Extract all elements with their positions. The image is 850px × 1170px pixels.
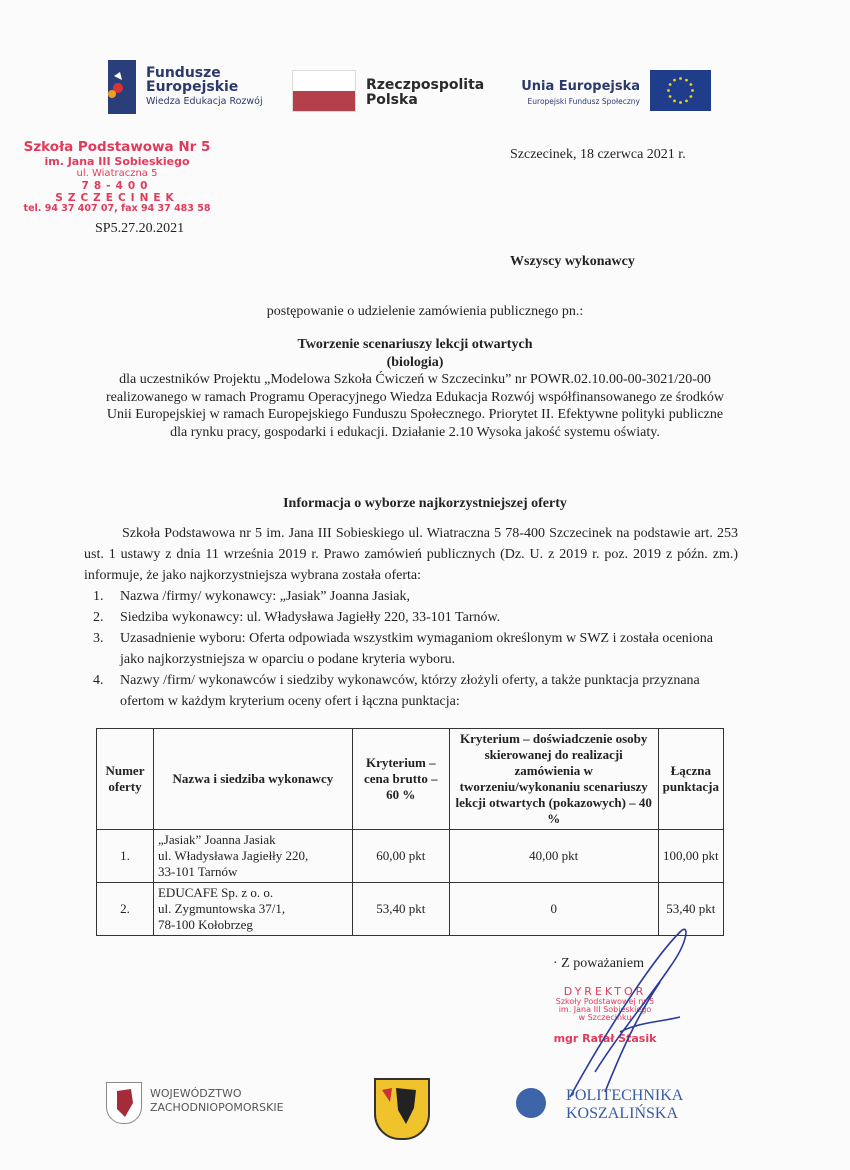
stamp-line4: 78-400 SZCZECINEK — [22, 180, 212, 204]
list-text: Nazwy /firm/ wykonawców i siedziby wykon… — [120, 673, 700, 709]
cell-experience: 40,00 pkt — [449, 830, 658, 883]
fe-line1: Fundusze — [146, 66, 263, 80]
politechnika-logo: POLITECHNIKA KOSZALIŃSKA — [566, 1087, 683, 1124]
list-num: 1. — [93, 586, 104, 607]
ue-line2: Europejski Fundusz Społeczny — [500, 97, 640, 106]
header-experience: Kryterium – doświadczenie osoby skierowa… — [449, 729, 658, 830]
fe-line2: Europejskie — [146, 80, 263, 94]
school-stamp: Szkoła Podstawowa Nr 5 im. Jana III Sobi… — [22, 140, 212, 215]
county-coat-of-arms-icon — [374, 1078, 430, 1140]
list-item: 3.Uzasadnienie wyboru: Oferta odpowiada … — [84, 628, 738, 670]
fundusze-europejskie-logo: Fundusze Europejskie Wiedza Edukacja Roz… — [146, 66, 263, 107]
header-total: Łączna punktacja — [658, 729, 723, 830]
rzeczpospolita-logo: Rzeczpospolita Polska — [366, 78, 484, 107]
list-num: 2. — [93, 607, 104, 628]
project-description: Tworzenie scenariuszy lekcji otwartych (… — [100, 336, 730, 441]
name-line: 78-100 Kołobrzeg — [158, 917, 348, 933]
name-line: ul. Władysława Jagiełły 220, — [158, 848, 348, 864]
offers-table: Numer oferty Nazwa i siedziba wykonawcy … — [96, 728, 724, 936]
politechnika-emblem-icon — [516, 1088, 546, 1118]
cell-price: 53,40 pkt — [352, 883, 449, 936]
main-paragraph: Szkoła Podstawowa nr 5 im. Jana III Sobi… — [84, 523, 738, 586]
list-text: Nazwa /firmy/ wykonawcy: „Jasiak” Joanna… — [120, 589, 410, 604]
zp-line1: WOJEWÓDZTWO — [150, 1087, 284, 1101]
unia-europejska-logo: Unia Europejska Europejski Fundusz Społe… — [500, 79, 640, 106]
rp-line1: Rzeczpospolita — [366, 78, 484, 93]
list-item: 1.Nazwa /firmy/ wykonawcy: „Jasiak” Joan… — [84, 586, 738, 607]
polish-flag-icon — [292, 70, 356, 112]
decision-list: 1.Nazwa /firmy/ wykonawcy: „Jasiak” Joan… — [84, 586, 738, 712]
stamp-line5: tel. 94 37 407 07, fax 94 37 483 58 — [22, 204, 212, 215]
list-num: 4. — [93, 670, 104, 691]
fe-line3: Wiedza Edukacja Rozwój — [146, 97, 263, 107]
pk-line2: KOSZALIŃSKA — [566, 1105, 683, 1123]
pk-line1: POLITECHNIKA — [566, 1087, 683, 1105]
cell-number: 1. — [97, 830, 154, 883]
table-header-row: Numer oferty Nazwa i siedziba wykonawcy … — [97, 729, 724, 830]
project-title: Tworzenie scenariuszy lekcji otwartych — [100, 336, 730, 354]
stamp-line3: ul. Wiatraczna 5 — [22, 168, 212, 180]
name-line: EDUCAFE Sp. z o. o. — [158, 885, 348, 901]
eu-flag-icon — [650, 70, 711, 111]
reference-number: SP5.27.20.2021 — [95, 221, 184, 237]
cell-name: „Jasiak” Joanna Jasiakul. Władysława Jag… — [153, 830, 352, 883]
project-body: dla uczestników Projektu „Modelowa Szkoł… — [106, 372, 724, 440]
signature-icon — [540, 922, 700, 1102]
header-name: Nazwa i siedziba wykonawcy — [153, 729, 352, 830]
fundusze-europejskie-logo-icon — [108, 60, 136, 114]
document-date: Szczecinek, 18 czerwca 2021 r. — [510, 147, 686, 163]
rp-line2: Polska — [366, 93, 484, 108]
header-price: Kryterium – cena brutto – 60 % — [352, 729, 449, 830]
addressee: Wszyscy wykonawcy — [510, 254, 635, 270]
list-text: Siedziba wykonawcy: ul. Władysława Jagie… — [120, 610, 500, 625]
header-number: Numer oferty — [97, 729, 154, 830]
list-text: Uzasadnienie wyboru: Oferta odpowiada ws… — [120, 631, 713, 667]
info-title: Informacja o wyborze najkorzystniejszej … — [0, 496, 850, 512]
name-line: „Jasiak” Joanna Jasiak — [158, 832, 348, 848]
list-item: 4.Nazwy /firm/ wykonawców i siedziby wyk… — [84, 670, 738, 712]
zachodniopomorskie-coat-of-arms-icon — [106, 1082, 142, 1124]
zp-line2: ZACHODNIOPOMORSKIE — [150, 1101, 284, 1115]
intro-text: postępowanie o udzielenie zamówienia pub… — [0, 304, 850, 320]
name-line: 33-101 Tarnów — [158, 864, 348, 880]
cell-price: 60,00 pkt — [352, 830, 449, 883]
cell-total: 100,00 pkt — [658, 830, 723, 883]
zachodniopomorskie-logo: WOJEWÓDZTWO ZACHODNIOPOMORSKIE — [150, 1087, 284, 1116]
table-row: 1. „Jasiak” Joanna Jasiakul. Władysława … — [97, 830, 724, 883]
list-item: 2.Siedziba wykonawcy: ul. Władysława Jag… — [84, 607, 738, 628]
cell-name: EDUCAFE Sp. z o. o.ul. Zygmuntowska 37/1… — [153, 883, 352, 936]
stamp-line1: Szkoła Podstawowa Nr 5 — [22, 140, 212, 156]
cell-number: 2. — [97, 883, 154, 936]
ue-line1: Unia Europejska — [500, 79, 640, 94]
stamp-line2: im. Jana III Sobieskiego — [22, 156, 212, 169]
name-line: ul. Zygmuntowska 37/1, — [158, 901, 348, 917]
project-subtitle: (biologia) — [100, 354, 730, 372]
list-num: 3. — [93, 628, 104, 649]
